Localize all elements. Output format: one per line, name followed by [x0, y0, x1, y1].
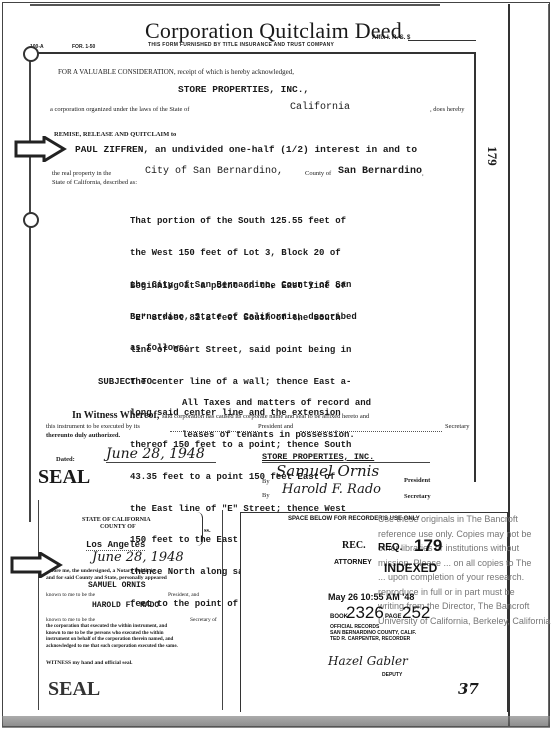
binder-ring-icon	[23, 46, 39, 62]
witness-line-2b: President and	[258, 423, 293, 430]
by-label: By	[262, 478, 270, 485]
notary-body-line: the corporation that executed the within…	[46, 624, 178, 631]
legal-line: That portion of the South 125.55 feet of	[130, 216, 357, 227]
rec-label: REC.	[342, 540, 366, 551]
notary-line-3b: President, and	[168, 592, 199, 598]
notary-witness: WITNESS my hand and official seal.	[46, 660, 133, 666]
notary-line-4a: known to me to be the	[46, 617, 95, 623]
president-signature: Samuel Ornis	[276, 462, 379, 480]
form-publisher: THIS FORM FURNISHED BY TITLE INSURANCE A…	[148, 42, 334, 48]
notary-right-border	[222, 510, 223, 710]
deputy-label: DEPUTY	[382, 672, 402, 678]
president-blank	[170, 431, 258, 432]
witness-line-2c: Secretary	[445, 423, 470, 430]
notary-line-4b: Secretary of	[190, 617, 217, 623]
remise-clause: REMISE, RELEASE AND QUITCLAIM to	[54, 131, 176, 138]
by-label-2: By	[262, 492, 270, 499]
grantor-name: STORE PROPERTIES, INC.,	[178, 84, 309, 95]
secretary-label: Secretary	[404, 493, 431, 500]
subject-line: All Taxes and matters of record and	[182, 398, 371, 409]
secretary-signature: Harold F. Rado	[282, 482, 381, 497]
page-label: PAGE	[385, 614, 402, 620]
property-city: City of San Bernardino,	[145, 166, 283, 177]
notary-body: the corporation that executed the within…	[46, 624, 178, 650]
req-number: 179	[414, 536, 442, 556]
notary-person-1: SAMUEL ORNIS	[88, 581, 146, 590]
notary-line-3a: known to me to be the	[46, 592, 95, 598]
notary-state: STATE OF CALIFORNIA	[82, 517, 151, 523]
irs-stamp-label: Affix I. R. S. $	[372, 35, 410, 41]
grantor-state: California	[290, 102, 350, 113]
signatory-company: STORE PROPERTIES, INC.	[262, 452, 374, 462]
recording-timestamp: May 26 10:55 AM '48	[328, 592, 414, 602]
official-records: OFFICIAL RECORDS SAN BERNARDINO COUNTY, …	[330, 624, 416, 642]
seal-mark: SEAL	[38, 466, 90, 489]
notary-brace	[196, 512, 203, 546]
president-label: President	[404, 477, 430, 484]
subject-to-label: SUBJECT TO:	[98, 377, 157, 387]
archive-line: reference use only. Copies may not be	[378, 527, 550, 542]
notary-seal: SEAL	[48, 678, 100, 701]
witness-line-2a: this instrument to be executed by its	[46, 423, 140, 430]
archive-line: other libraries or institutions without	[378, 541, 550, 556]
notary-body-line: instrument on behalf of the corporation …	[46, 637, 178, 644]
secretary-blank	[300, 431, 442, 432]
scan-shadow	[2, 716, 550, 728]
binding-spine	[29, 52, 31, 522]
pointer-arrow-icon	[14, 136, 68, 162]
deputy-signature: Hazel Gabler	[328, 654, 408, 668]
notary-county-label: COUNTY OF	[100, 524, 136, 530]
book-number: 2326	[346, 603, 384, 623]
notary-body-line: acknowledged to me that such corporation…	[46, 644, 178, 651]
corporation-suffix: , does hereby	[430, 106, 464, 113]
witness-line-3: thereunto duly authorized.	[46, 432, 120, 439]
metes-line: line of Court Street, said point being i…	[130, 345, 351, 356]
document-title: Corporation Quitclaim Deed	[145, 18, 402, 44]
req-label: REQ.	[378, 542, 402, 553]
property-county: San Bernardino	[338, 166, 422, 177]
top-border	[30, 4, 440, 6]
notary-date: June 28, 1948	[92, 550, 184, 565]
notary-left-border	[38, 500, 39, 710]
dated-value: June 28, 1948	[106, 446, 216, 463]
metes-line: Beginning at a point on the East line of	[130, 281, 351, 292]
records-line: TED R. CARPENTER, RECORDER	[330, 636, 416, 642]
dated-label: Dated:	[56, 456, 75, 463]
consideration-clause: FOR A VALUABLE CONSIDERATION, receipt of…	[58, 68, 294, 76]
notary-ss: ss.	[204, 527, 211, 534]
binder-ring-icon	[23, 212, 39, 228]
form-revision: FOR. 1-50	[72, 44, 95, 50]
page-number: 252	[402, 603, 430, 623]
archive-line: Use these originals in The Bancroft	[378, 512, 550, 527]
corporation-prefix: a corporation organized under the laws o…	[50, 106, 189, 113]
metes-line: "E" Street 82.2 feet South of the South	[130, 313, 351, 324]
notary-person-2: HAROLD F. RADO	[92, 601, 159, 610]
legal-line: the West 150 feet of Lot 3, Block 20 of	[130, 248, 357, 259]
fee-number: 37	[458, 680, 479, 698]
grantee-line: PAUL ZIFFREN, an undivided one-half (1/2…	[75, 144, 417, 155]
irs-stamp-line	[408, 40, 476, 41]
state-line: State of California, described as:	[52, 179, 137, 186]
comma: ,	[422, 170, 424, 177]
county-label: County of	[305, 170, 331, 177]
witness-line-1: said corporation has caused its corporat…	[162, 413, 369, 420]
witness-lead: In Witness Whereof,	[72, 410, 159, 421]
property-prefix: the real property in the	[52, 170, 111, 177]
pointer-arrow-icon	[10, 552, 64, 578]
side-page-number: 179	[484, 146, 500, 166]
attorney-label: ATTORNEY	[334, 559, 372, 566]
indexed-stamp: INDEXED	[384, 561, 437, 575]
